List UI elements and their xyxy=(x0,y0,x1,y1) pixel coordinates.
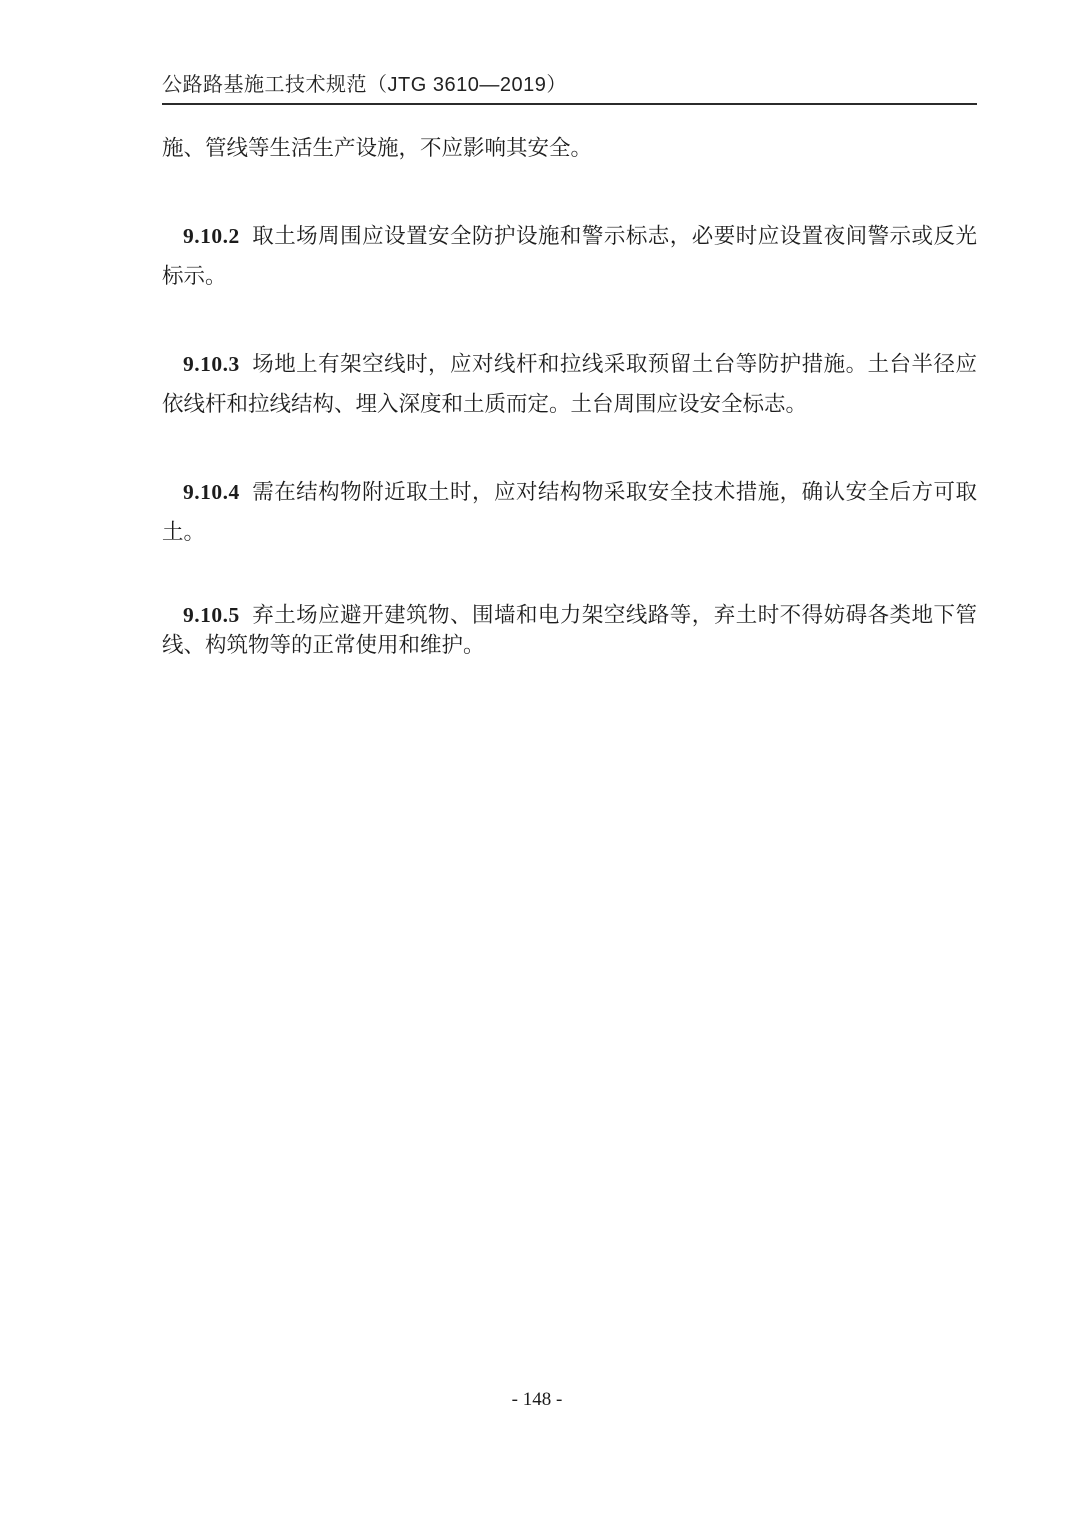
page-body: 施、管线等生活生产设施，不应影响其安全。 9.10.2取土场周围应设置安全防护设… xyxy=(162,128,977,660)
page-header: 公路路基施工技术规范（JTG 3610—2019） xyxy=(162,72,977,105)
section-9-10-4: 9.10.4需在结构物附近取土时，应对结构物采取安全技术措施，确认安全后方可取土… xyxy=(162,472,977,552)
section-number: 9.10.4 xyxy=(183,480,240,504)
section-9-10-2: 9.10.2取土场周围应设置安全防护设施和警示标志，必要时应设置夜间警示或反光标… xyxy=(162,216,977,296)
section-number: 9.10.3 xyxy=(183,352,240,376)
running-header-title: 公路路基施工技术规范（JTG 3610—2019） xyxy=(162,72,977,98)
paragraph-continuation: 施、管线等生活生产设施，不应影响其安全。 xyxy=(162,128,977,168)
section-text: 弃土场应避开建筑物、围墙和电力架空线路等，弃土时不得妨碍各类地下管线、构筑物等的… xyxy=(162,603,977,657)
document-page: 公路路基施工技术规范（JTG 3610—2019） 施、管线等生活生产设施，不应… xyxy=(0,0,1074,1520)
section-9-10-3: 9.10.3场地上有架空线时，应对线杆和拉线采取预留土台等防护措施。土台半径应依… xyxy=(162,344,977,424)
section-text: 场地上有架空线时，应对线杆和拉线采取预留土台等防护措施。土台半径应依线杆和拉线结… xyxy=(162,352,977,416)
page-number: - 148 - xyxy=(0,1388,1074,1412)
section-number: 9.10.2 xyxy=(183,224,240,248)
section-text: 取土场周围应设置安全防护设施和警示标志，必要时应设置夜间警示或反光标示。 xyxy=(162,224,977,288)
section-number: 9.10.5 xyxy=(183,603,240,627)
section-text: 需在结构物附近取土时，应对结构物采取安全技术措施，确认安全后方可取土。 xyxy=(162,480,977,544)
header-rule xyxy=(162,103,977,105)
section-9-10-5: 9.10.5弃土场应避开建筑物、围墙和电力架空线路等，弃土时不得妨碍各类地下管线… xyxy=(162,600,977,660)
